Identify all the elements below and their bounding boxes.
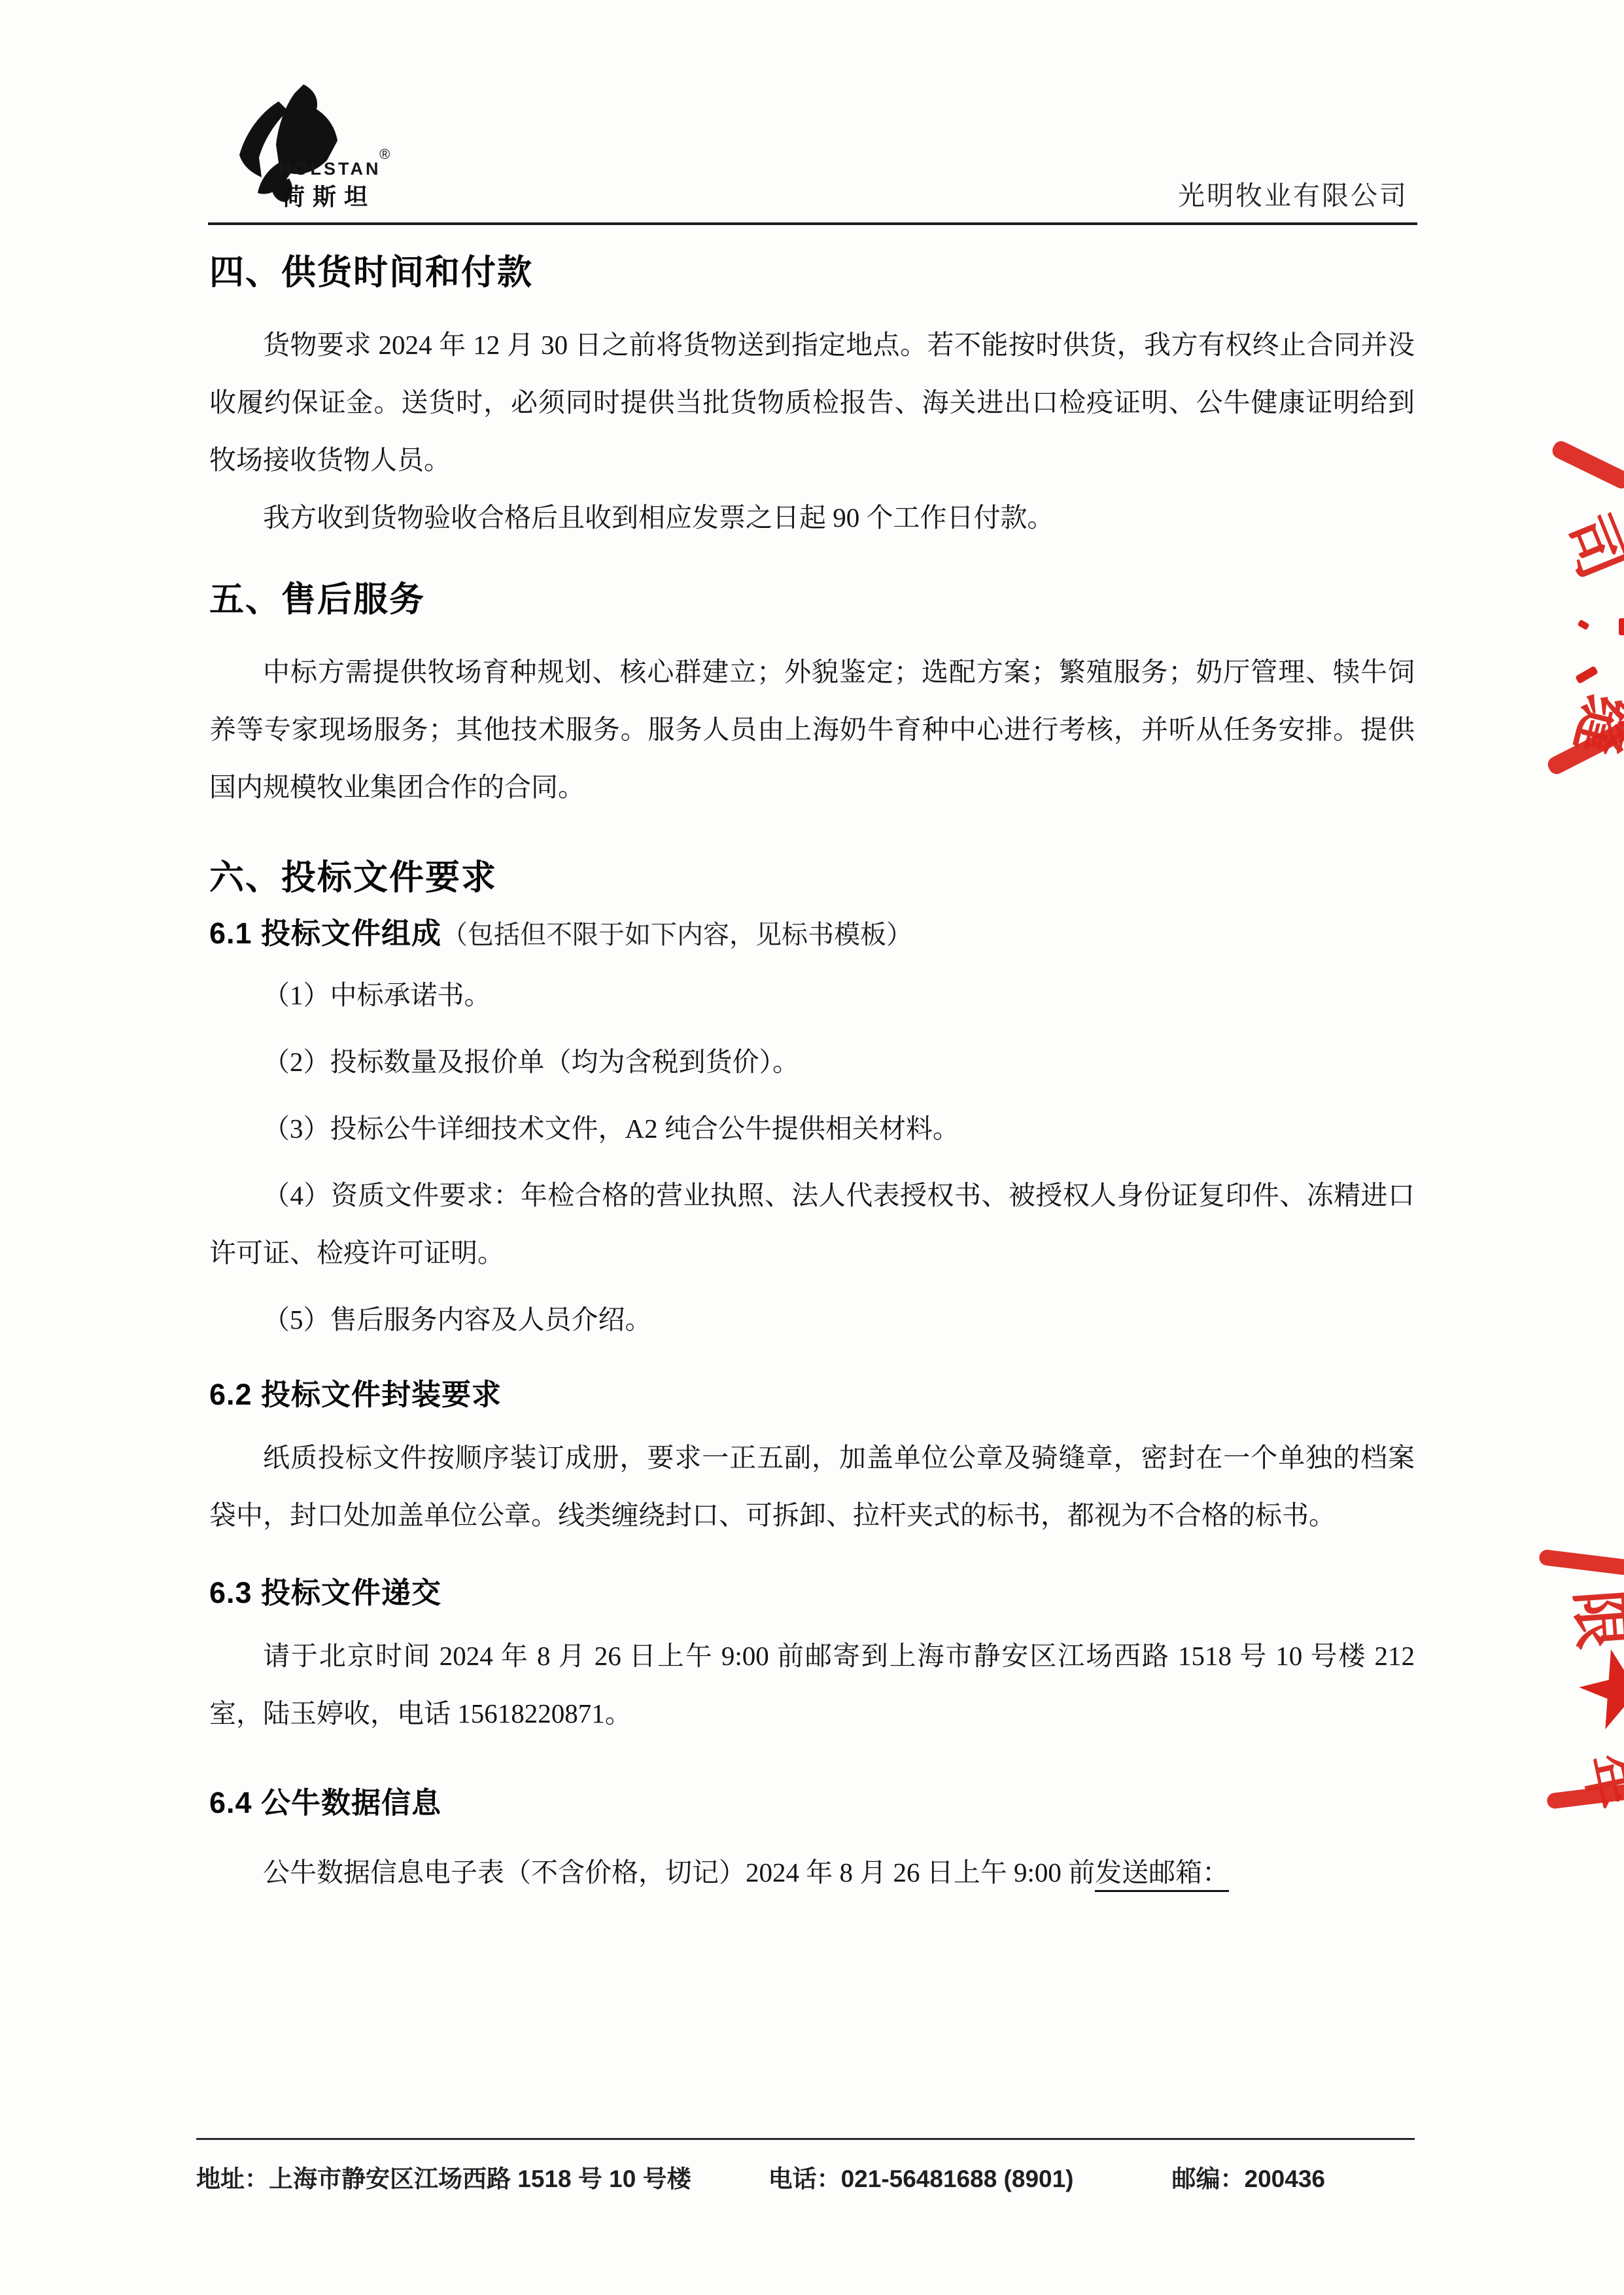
red-seal-bottom: 限 ★ 年 (1539, 1552, 1624, 1813)
subsection-6-1-title: 6.1 投标文件组成 (209, 917, 441, 950)
send-email-underlined-text: 发送邮箱： (1095, 1857, 1229, 1892)
section-6-4-paragraph: 公牛数据信息电子表（不含价格，切记）2024 年 8 月 26 日上午 9:00… (209, 1844, 1415, 1901)
seal-arc-stroke (1538, 1549, 1624, 1576)
bid-doc-item-5: （5）售后服务内容及人员介绍。 (209, 1291, 1415, 1348)
registered-trademark-icon: ® (379, 146, 390, 163)
seal-mark (1575, 665, 1598, 684)
section-4-paragraph-1: 货物要求 2024 年 12 月 30 日之前将货物送到指定地点。若不能按时供货… (209, 316, 1415, 489)
section-6-3-paragraph: 请于北京时间 2024 年 8 月 26 日上午 9:00 前邮寄到上海市静安区… (209, 1627, 1415, 1742)
scanned-tender-document-page: HOLSTAN ® 荷斯坦 光明牧业有限公司 四、供货时间和付款 货物要求 20… (0, 0, 1624, 2295)
section-4-title: 四、供货时间和付款 (209, 255, 1415, 290)
subsection-6-4-title: 6.4 公牛数据信息 (209, 1786, 441, 1819)
subsection-6-3-title: 6.3 投标文件递交 (209, 1576, 441, 1609)
document-body: 四、供货时间和付款 货物要求 2024 年 12 月 30 日之前将货物送到指定… (209, 243, 1415, 1901)
subsection-6-2-title: 6.2 投标文件封装要求 (209, 1378, 502, 1411)
footer-postal-code: 邮编：200436 (1172, 2159, 1325, 2194)
seal-char: 年 (1568, 1747, 1624, 1815)
seal-star-icon: ★ (1562, 1626, 1624, 1750)
holstan-logo: HOLSTAN ® 荷斯坦 (216, 69, 425, 209)
subsection-6-2-heading: 6.2 投标文件封装要求 (209, 1380, 1415, 1409)
bid-doc-item-1: （1）中标承诺书。 (209, 966, 1415, 1024)
red-seal-top: 司 缝 (1532, 455, 1624, 762)
brand-name-en: HOLSTAN (279, 159, 381, 179)
seal-mark (1578, 620, 1590, 631)
header-divider (208, 222, 1417, 225)
footer-phone: 电话：021-56481688 (8901) (769, 2159, 1074, 2194)
section-4-paragraph-2: 我方收到货物验收合格后且收到相应发票之日起 90 个工作日付款。 (209, 489, 1415, 546)
brand-name-cn: 荷斯坦 (281, 179, 375, 212)
footer: 地址：上海市静安区江场西路 1518 号 10 号楼 电话：021-564816… (196, 2159, 1415, 2194)
seal-char: 司 (1547, 500, 1624, 590)
subsection-6-4-heading: 6.4 公牛数据信息 (209, 1788, 1415, 1817)
seal-mark (1619, 618, 1624, 635)
seal-arc-stroke (1546, 1783, 1624, 1810)
footer-address: 地址：上海市静安区江场西路 1518 号 10 号楼 (196, 2159, 691, 2194)
company-name: 光明牧业有限公司 (1178, 174, 1408, 213)
bid-doc-item-4: （4）资质文件要求：年检合格的营业执照、法人代表授权书、被授权人身份证复印件、冻… (209, 1166, 1415, 1282)
section-5-paragraph-1: 中标方需提供牧场育种规划、核心群建立；外貌鉴定；选配方案；繁殖服务；奶厅管理、犊… (209, 643, 1415, 816)
email-deadline-text: 公牛数据信息电子表（不含价格，切记）2024 年 8 月 26 日上午 9:00… (263, 1857, 1095, 1887)
section-6-title: 六、投标文件要求 (209, 860, 1415, 895)
seal-arc-stroke (1550, 438, 1624, 491)
footer-divider (196, 2138, 1415, 2140)
subsection-6-3-heading: 6.3 投标文件递交 (209, 1578, 1415, 1607)
section-6-2-paragraph: 纸质投标文件按顺序装订成册，要求一正五副，加盖单位公章及骑缝章，密封在一个单独的… (209, 1429, 1415, 1544)
seal-arc-stroke (1546, 720, 1624, 777)
seal-char: 限 (1561, 1587, 1624, 1652)
seal-char: 缝 (1559, 688, 1624, 765)
bid-doc-item-3: （3）投标公牛详细技术文件，A2 纯合公牛提供相关材料。 (209, 1100, 1415, 1157)
subsection-6-1-heading: 6.1 投标文件组成（包括但不限于如下内容，见标书模板） (209, 919, 1415, 948)
subsection-6-1-note: （包括但不限于如下内容，见标书模板） (441, 920, 912, 949)
section-5-title: 五、售后服务 (209, 582, 1415, 617)
bid-doc-item-2: （2）投标数量及报价单（均为含税到货价）。 (209, 1033, 1415, 1091)
